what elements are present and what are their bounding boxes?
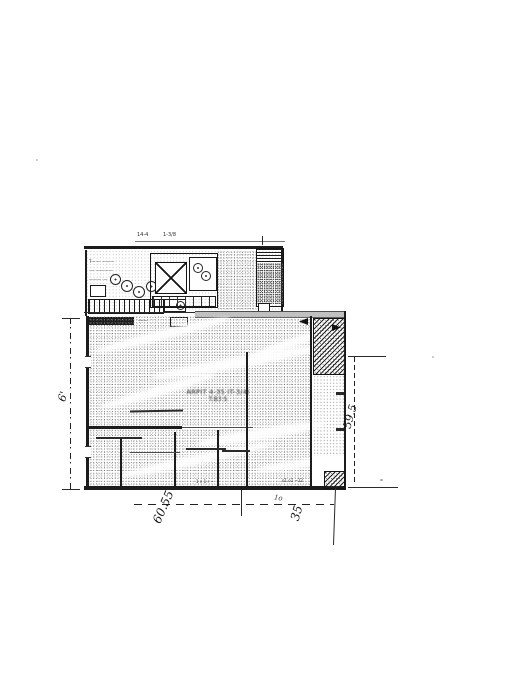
- top-dimension-label-a: 14-4: [137, 232, 148, 238]
- small-room-partition: [217, 430, 219, 487]
- right-dimension-tick-bottom: [348, 487, 398, 488]
- room-threshold-strip: [152, 296, 216, 307]
- upper-floor-texture: [217, 251, 256, 310]
- fixture-circle-icon: [201, 271, 211, 281]
- small-room-partition: [174, 432, 176, 487]
- left-wall-door-opening: [85, 446, 91, 458]
- bottom-wall-marks: o1 o1 ~12: [282, 478, 303, 483]
- upper-band-bottom-line: [84, 312, 196, 313]
- fixture-box: [90, 285, 106, 297]
- top-dimension-label-b: 1-3/8: [163, 232, 176, 238]
- scanned-floor-plan-page: 14-4 1-3/8 T—·— ——— ·— ——·—— ——— ·— ·——·: [0, 0, 522, 675]
- left-wall-door-opening: [85, 356, 91, 368]
- fixture-circle-icon: [133, 286, 145, 298]
- scan-speck: [36, 159, 38, 161]
- left-dimension-tick: [62, 489, 80, 490]
- center-note-line2: T.B3 S: [165, 396, 271, 403]
- small-room-wall: [186, 448, 226, 450]
- left-dimension-tick: [62, 318, 80, 319]
- scan-speck: [432, 356, 434, 358]
- left-dimension-label: 6': [55, 390, 70, 404]
- shaft-xbox: [155, 262, 187, 294]
- center-note-line1: ARPIT 4-35 IT-3/4I: [165, 388, 271, 396]
- interior-partition-thin: [182, 427, 253, 428]
- top-exterior-wall: [84, 246, 283, 249]
- small-room-partition: [120, 437, 122, 487]
- left-wall-upper: [85, 250, 87, 316]
- small-room-shelf-line: [130, 452, 180, 453]
- bottom-dimension-right-extension: [333, 488, 336, 545]
- left-exterior-wall: [86, 316, 89, 487]
- interior-right-wall: [310, 316, 312, 487]
- bottom-dimension-label-left: 60.55: [150, 488, 177, 525]
- bottom-dimension-tick-mid: [241, 490, 242, 516]
- left-dimension-line: [70, 318, 71, 490]
- bottom-dimension-label-right: 35: [288, 504, 306, 523]
- hatched-wall-block-upper: [313, 318, 346, 375]
- upper-left-note-line: T—·— ———: [89, 259, 114, 264]
- wing-wall-tick: [336, 392, 344, 395]
- bottom-wall-marks: 1 n 1 r ~: [196, 479, 214, 484]
- center-partition-wall: [246, 352, 248, 487]
- fixture-circle-icon: [110, 274, 121, 285]
- small-room-wall: [96, 437, 142, 439]
- bay-outline: [256, 248, 284, 307]
- wing-wall-tick: [336, 428, 344, 431]
- upper-left-note-line: ——— ·—: [89, 277, 108, 282]
- right-wing-floor-texture: [313, 372, 344, 456]
- top-dimension-tick: [262, 236, 263, 245]
- interior-partition-heavy: [88, 426, 182, 429]
- bay-stipple: [257, 263, 283, 304]
- bottom-exterior-wall: [84, 486, 346, 490]
- right-dimension-tick-top: [348, 356, 386, 357]
- fixture-circle-icon: [121, 280, 133, 292]
- bay-ruled-hatch: [257, 249, 283, 263]
- hatched-wall-block-lower: [324, 471, 345, 489]
- scan-speck: [380, 479, 383, 481]
- small-room-wall: [222, 450, 250, 452]
- below-wall-squiggle: 1o: [273, 493, 283, 502]
- center-note: ARPIT 4-35 IT-3/4I T.B3 S: [165, 388, 271, 403]
- upper-left-note-line: ·— ——·——: [89, 268, 113, 273]
